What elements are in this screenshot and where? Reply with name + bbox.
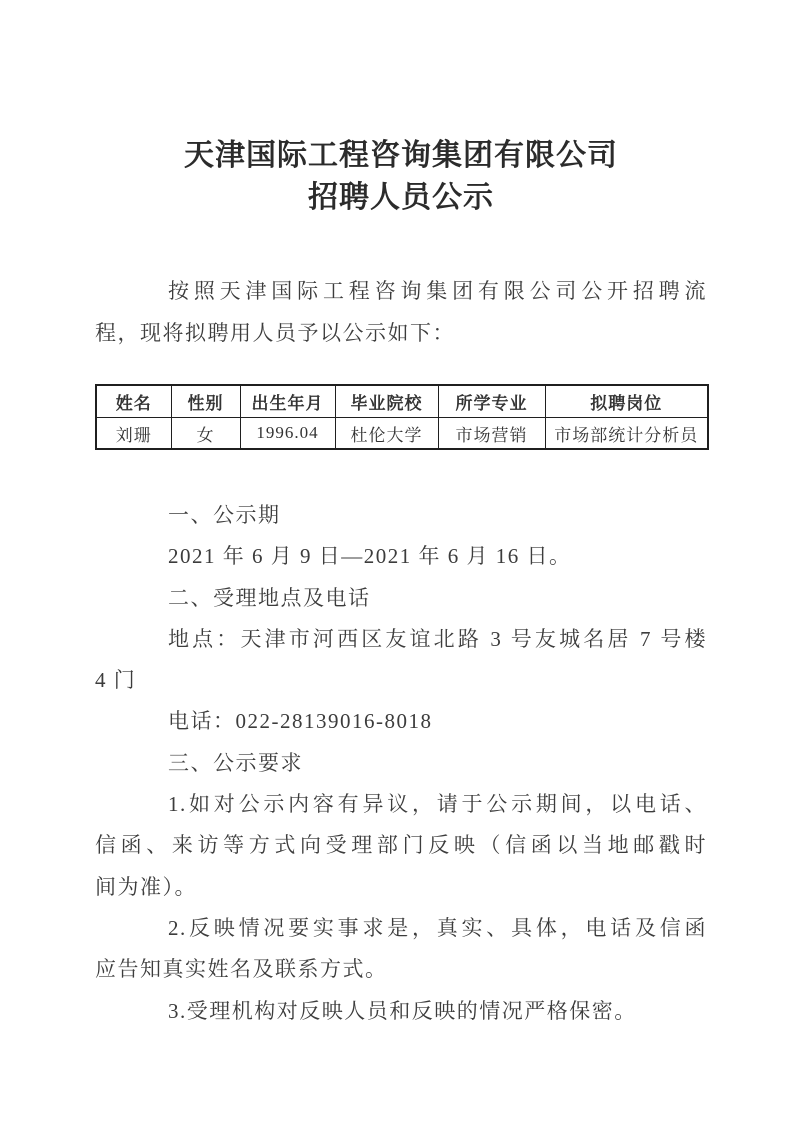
body-line-item2-wrap: 应告知真实姓名及联系方式。	[95, 949, 707, 990]
document-title-line2: 招聘人员公示	[95, 177, 707, 219]
table-header-school: 毕业院校	[335, 385, 438, 418]
document-page: 天津国际工程咨询集团有限公司 招聘人员公示 按照天津国际工程咨询集团有限公司公开…	[0, 0, 800, 1131]
body-line-section1-heading: 一、公示期	[95, 495, 707, 536]
cell-name: 刘珊	[96, 418, 171, 450]
table-header-post: 拟聘岗位	[545, 385, 708, 418]
body-line-phone: 电话：022-28139016-8018	[95, 701, 707, 742]
table-header-row: 姓名 性别 出生年月 毕业院校 所学专业 拟聘岗位	[96, 385, 708, 418]
intro-line: 按照天津国际工程咨询集团有限公司公开招聘流	[95, 271, 707, 313]
table-header-name: 姓名	[96, 385, 171, 418]
body-line-section2-heading: 二、受理地点及电话	[95, 578, 707, 619]
table-header-birth: 出生年月	[240, 385, 335, 418]
body-line-address: 地点：天津市河西区友谊北路 3 号友城名居 7 号楼	[95, 619, 707, 660]
cell-birth: 1996.04	[240, 418, 335, 450]
cell-gender: 女	[171, 418, 240, 450]
body-line-item3: 3.受理机构对反映人员和反映的情况严格保密。	[95, 991, 707, 1032]
body-line-address-wrap: 4 门	[95, 660, 707, 701]
document-title: 天津国际工程咨询集团有限公司 招聘人员公示	[95, 0, 707, 219]
document-content: 天津国际工程咨询集团有限公司 招聘人员公示 按照天津国际工程咨询集团有限公司公开…	[95, 0, 707, 1032]
body-line-item1-end: 间为准）。	[95, 867, 707, 908]
notice-body: 一、公示期 2021 年 6 月 9 日—2021 年 6 月 16 日。 二、…	[95, 495, 707, 1032]
candidates-table: 姓名 性别 出生年月 毕业院校 所学专业 拟聘岗位 刘珊 女 1996.04 杜…	[95, 384, 709, 450]
body-line-item1: 1.如对公示内容有异议，请于公示期间，以电话、	[95, 784, 707, 825]
intro-paragraph: 按照天津国际工程咨询集团有限公司公开招聘流 程，现将拟聘用人员予以公示如下：	[95, 271, 707, 354]
table-header-major: 所学专业	[438, 385, 545, 418]
intro-line: 程，现将拟聘用人员予以公示如下：	[95, 313, 707, 355]
body-line-dates: 2021 年 6 月 9 日—2021 年 6 月 16 日。	[95, 536, 707, 577]
table-header-gender: 性别	[171, 385, 240, 418]
body-line-section3-heading: 三、公示要求	[95, 743, 707, 784]
body-line-item2: 2.反映情况要实事求是，真实、具体，电话及信函	[95, 908, 707, 949]
document-title-line1: 天津国际工程咨询集团有限公司	[95, 135, 707, 177]
cell-school: 杜伦大学	[335, 418, 438, 450]
cell-major: 市场营销	[438, 418, 545, 450]
body-line-item1-wrap: 信函、来访等方式向受理部门反映（信函以当地邮戳时	[95, 825, 707, 866]
cell-post: 市场部统计分析员	[545, 418, 708, 450]
table-row: 刘珊 女 1996.04 杜伦大学 市场营销 市场部统计分析员	[96, 418, 708, 450]
